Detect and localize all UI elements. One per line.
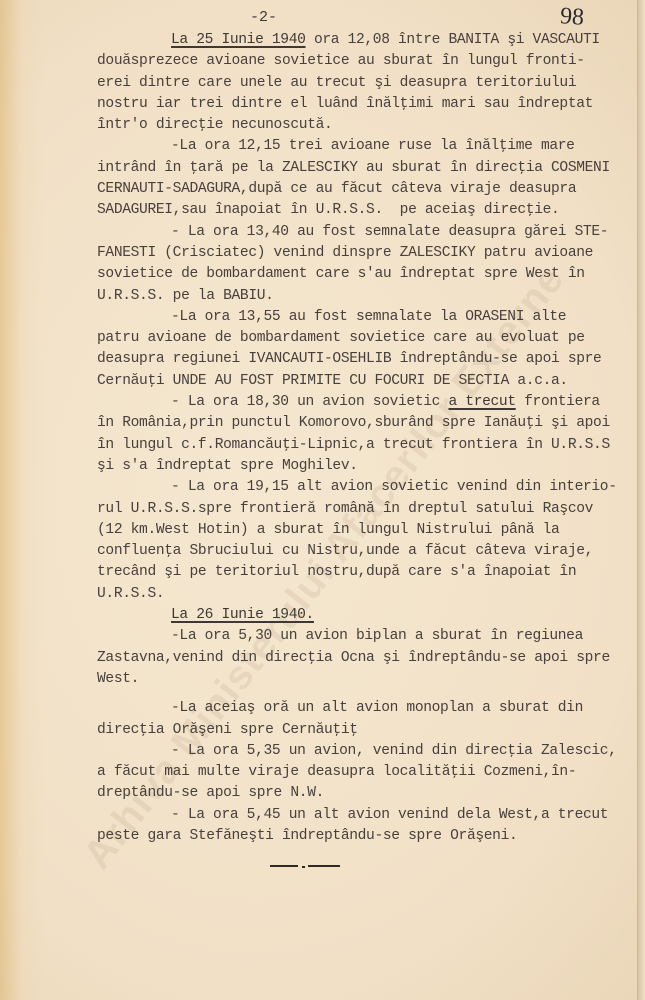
text-line: - La ora 5,45 un alt avion venind dela W… [97,805,642,826]
text-line: trecând şi pe teritoriul nostru,după car… [97,562,642,583]
text-line: (12 km.West Hotin) a sburat în lungul Ni… [97,520,642,541]
text-line: U.R.S.S. pe la BABIU. [97,286,642,307]
text-line: Cernăuţi UNDE AU FOST PRIMITE CU FOCURI … [97,371,642,392]
text-line: a făcut mai multe viraje deasupra locali… [97,762,642,783]
page-number: -2- [250,9,277,26]
text-line: şi s'a îndreptat spre Moghilev. [97,456,642,477]
text-line: -La ora 5,30 un avion biplan a sburat în… [97,626,642,647]
document-page: Arhiva Ministerului Afacerilor Externe -… [0,0,645,1000]
text-line: West. [97,669,642,690]
text-line: erei dintre care unele au trecut şi deas… [97,73,642,94]
text-line: La 25 Iunie 1940 ora 12,08 între BANITA … [97,30,642,51]
text-line: -La ora 13,55 au fost semnalate la ORASE… [97,307,642,328]
text-line: într'o direcţie necunoscută. [97,115,642,136]
text-line: douăsprezece avioane sovietice au sburat… [97,51,642,72]
end-mark [270,865,340,868]
text-line: patru avioane de bombardament sovietice … [97,328,642,349]
text-line: Zastavna,venind din direcţia Ocna şi înd… [97,648,642,669]
text-line: - La ora 13,40 au fost semnalate deasupr… [97,222,642,243]
text-line: sovietice de bombardament care s'au îndr… [97,264,642,285]
text-line: intrând în ţară pe la ZALESCIKY au sbura… [97,158,642,179]
text-line: - La ora 18,30 un avion sovietic a trecu… [97,392,642,413]
text-line: nostru iar trei dintre el luând înălţimi… [97,94,642,115]
text-line: CERNAUTI-SADAGURA,după ce au făcut câtev… [97,179,642,200]
text-line: -La aceiaş oră un alt avion monoplan a s… [97,698,642,719]
text-line: -La ora 12,15 trei avioane ruse la înălţ… [97,136,642,157]
text-line: confluenţa Sbruciului cu Nistru,unde a f… [97,541,642,562]
text-line: FANESTI (Crisciatec) venind dinspre ZALE… [97,243,642,264]
text-line: în România,prin punctul Komorovo,sburând… [97,413,642,434]
text-line: dreptându-se apoi spre N.W. [97,783,642,804]
text-line: La 26 Iunie 1940. [97,605,642,626]
text-line: SADAGUREI,sau înapoiat în U.R.S.S. pe ac… [97,200,642,221]
text-line: - La ora 19,15 alt avion sovietic venind… [97,477,642,498]
typewritten-body: La 25 Iunie 1940 ora 12,08 între BANITA … [97,30,642,847]
text-line: - La ora 5,35 un avion, venind din direc… [97,741,642,762]
text-line: direcţia Orăşeni spre Cernăuţiţ [97,720,642,741]
text-line: U.R.S.S. [97,584,642,605]
text-line: rul U.R.S.S.spre frontieră română în dre… [97,499,642,520]
text-line: în lungul c.f.Romancăuţi-Lipnic,a trecut… [97,435,642,456]
folio-number: 98 [559,3,585,32]
text-line: deasupra regiunei IVANCAUTI-OSEHLIB îndr… [97,349,642,370]
text-line: peste gara Stefăneşti îndreptându-se spr… [97,826,642,847]
